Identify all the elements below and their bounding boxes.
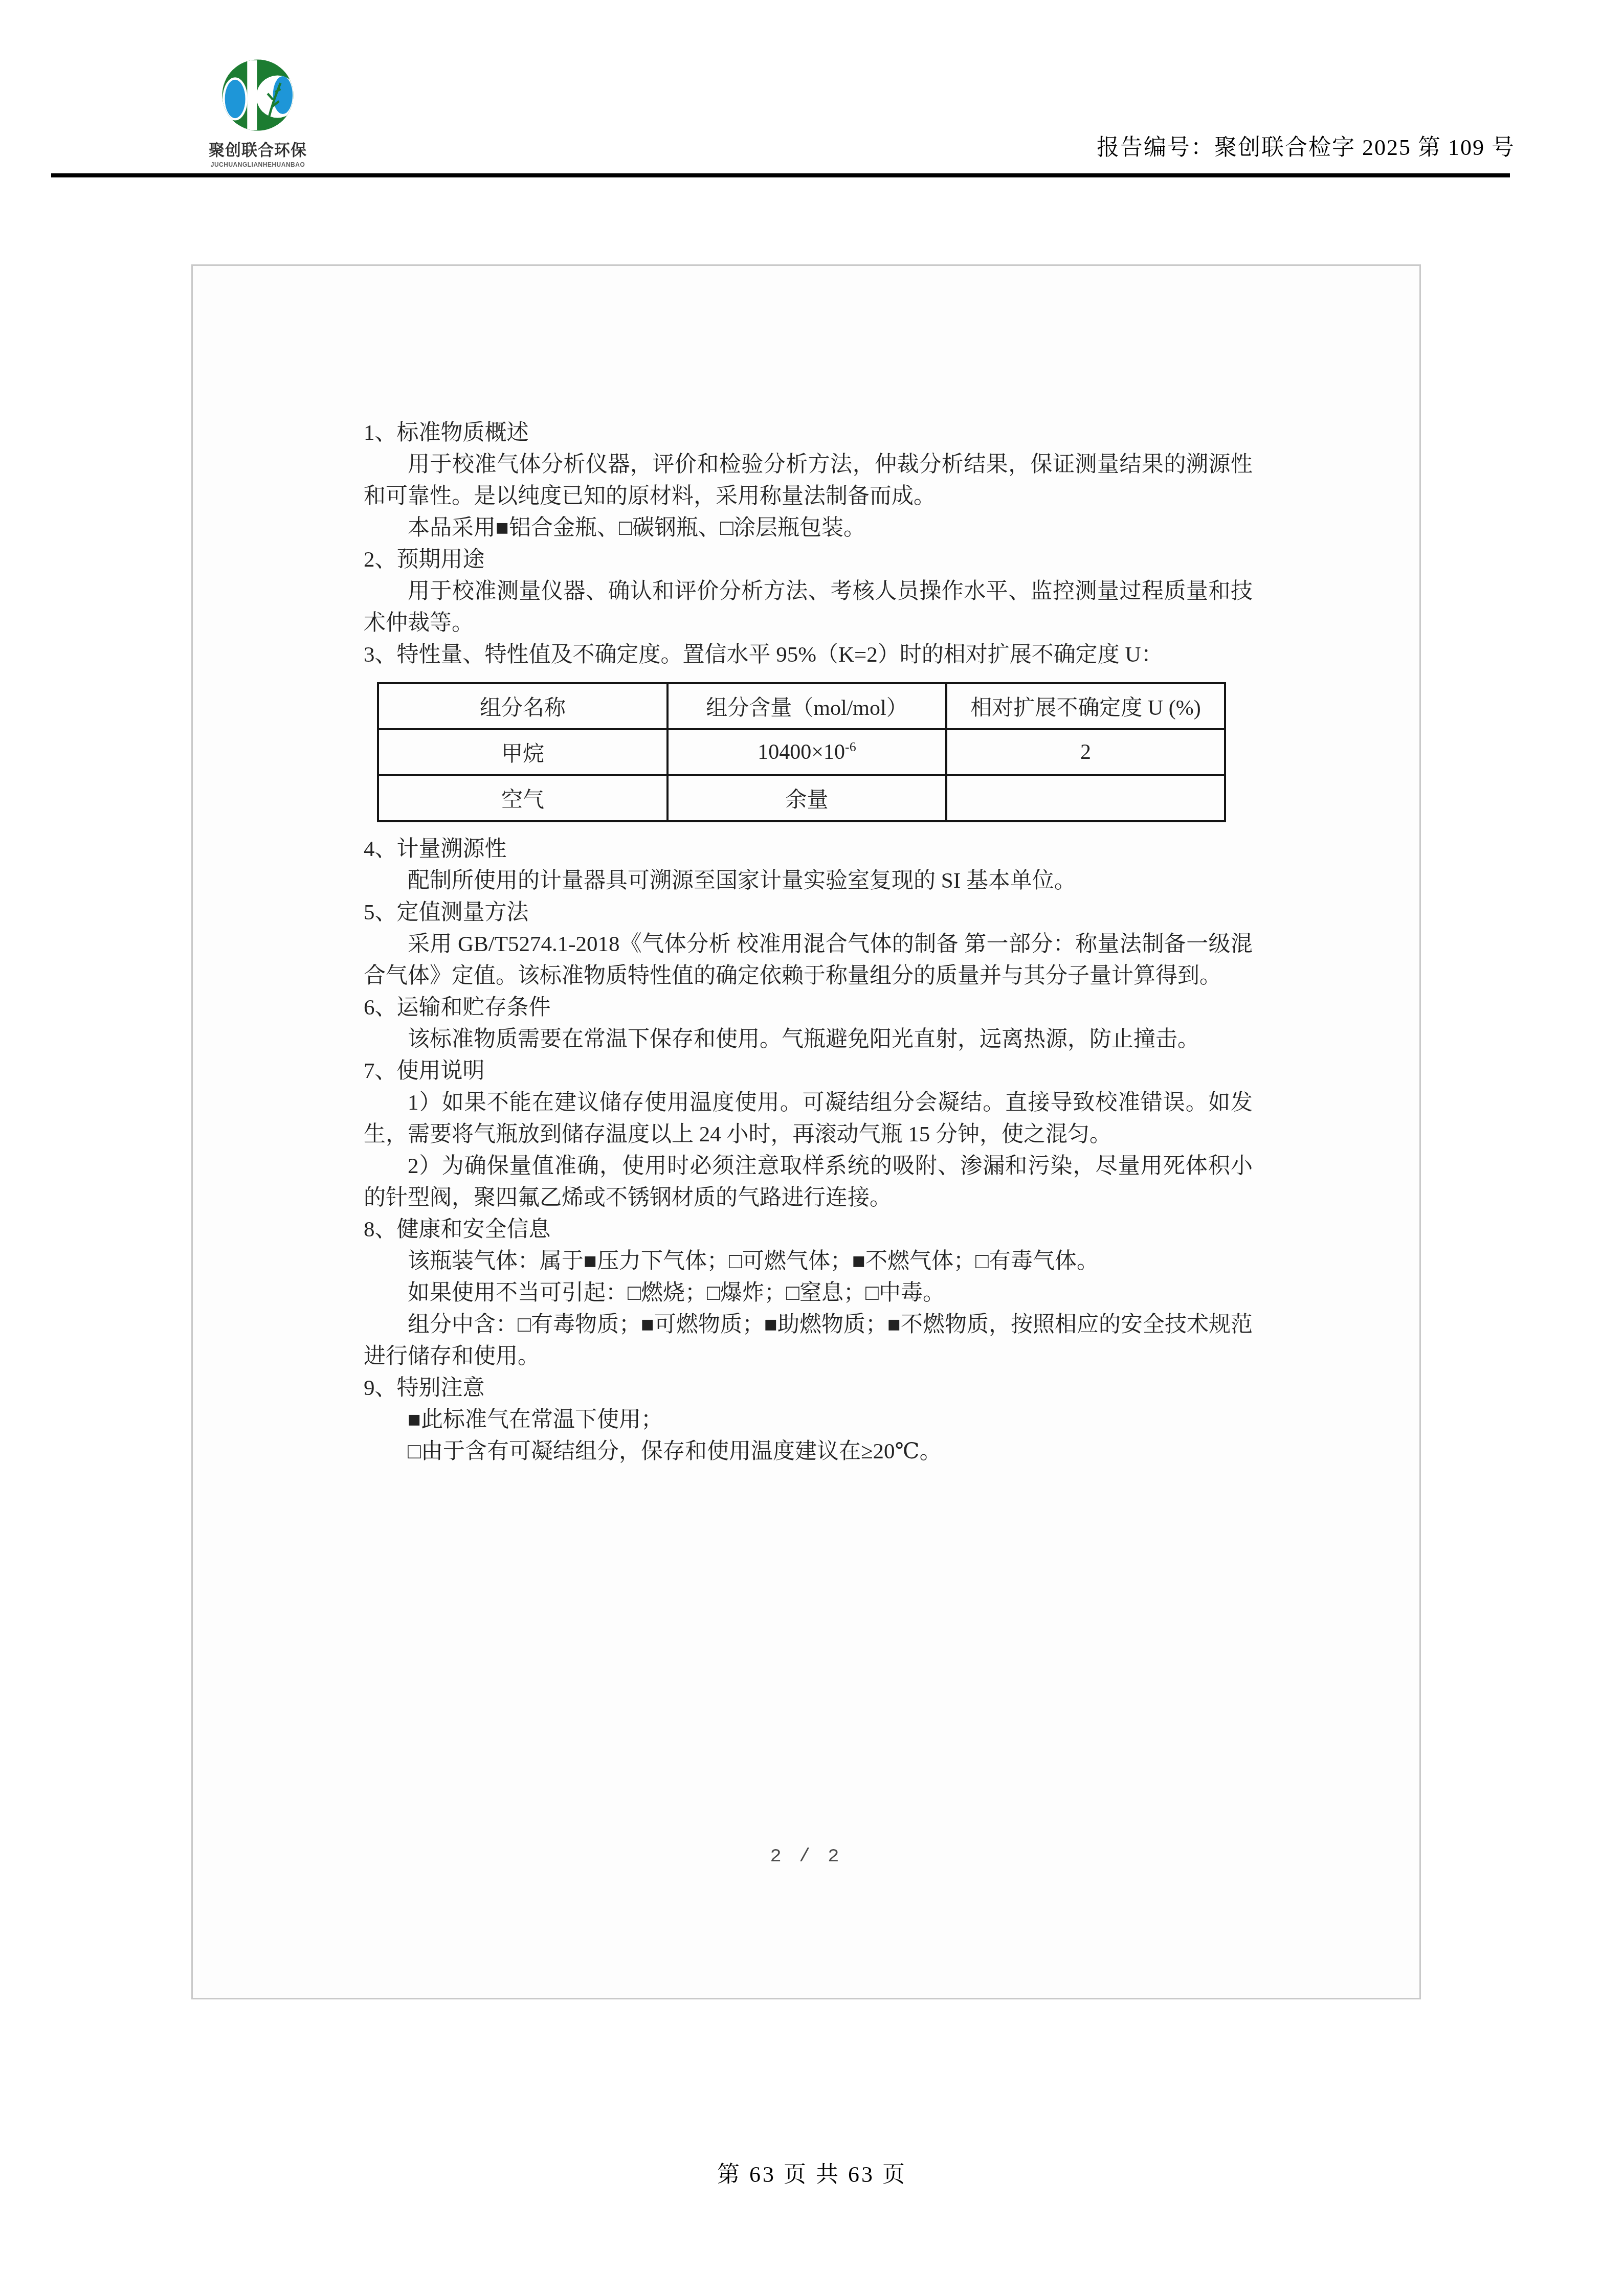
section-4-paragraph: 配制所使用的计量器具可溯源至国家计量实验室复现的 SI 基本单位。: [364, 865, 1253, 897]
cell-component-name: 甲烷: [378, 729, 668, 775]
company-logo-icon: [220, 57, 296, 133]
section-7-heading: 7、使用说明: [364, 1055, 1253, 1087]
table-row: 空气 余量: [378, 775, 1225, 821]
section-9-heading: 9、特别注意: [364, 1372, 1253, 1404]
section-9-line-2: □由于含有可凝结组分，保存和使用温度建议在≥20℃。: [364, 1436, 1253, 1468]
cell-component-content: 余量: [668, 775, 946, 821]
value-base: 余量: [785, 789, 828, 812]
cell-uncertainty: [946, 775, 1225, 821]
value-base: 10400×10: [758, 740, 845, 764]
section-5-paragraph: 采用 GB/T5274.1-2018《气体分析 校准用混合气体的制备 第一部分：…: [364, 929, 1253, 992]
section-6-paragraph: 该标准物质需要在常温下保存和使用。气瓶避免阳光直射，远离热源，防止撞击。: [364, 1024, 1253, 1055]
document-page-footer: 第 63 页 共 63 页: [0, 2156, 1624, 2189]
section-8-line-3: 组分中含：□有毒物质；■可燃物质；■助燃物质；■不燃物质，按照相应的安全技术规范…: [364, 1309, 1253, 1372]
table-header-row: 组分名称 组分含量（mol/mol） 相对扩展不确定度 U (%): [378, 683, 1225, 729]
col-header-component-content: 组分含量（mol/mol）: [668, 683, 946, 729]
cell-component-name: 空气: [378, 775, 668, 821]
col-header-uncertainty: 相对扩展不确定度 U (%): [946, 683, 1225, 729]
col-header-component-name: 组分名称: [378, 683, 668, 729]
section-3-heading: 3、特性量、特性值及不确定度。置信水平 95%（K=2）时的相对扩展不确定度 U…: [364, 639, 1253, 671]
section-8-line-1: 该瓶装气体：属于■压力下气体；□可燃气体；■不燃气体；□有毒气体。: [364, 1246, 1253, 1277]
logo-text-cn: 聚创联合环保: [204, 137, 312, 160]
section-9-line-1: ■此标准气在常温下使用；: [364, 1404, 1253, 1436]
table-row: 甲烷 10400×10-6 2: [378, 729, 1225, 775]
scanned-certificate-page: 1、标准物质概述 用于校准气体分析仪器，评价和检验分析方法，仲裁分析结果，保证测…: [191, 264, 1421, 1999]
section-1-packaging-line: 本品采用■铝合金瓶、□碳钢瓶、□涂层瓶包装。: [364, 512, 1253, 544]
value-exponent: -6: [845, 739, 856, 754]
report-page: 聚创联合环保 JUCHUANGLIANHEHUANBAO 报告编号：聚创联合检字…: [0, 0, 1624, 2296]
header-divider: [51, 173, 1510, 177]
cell-component-content: 10400×10-6: [668, 729, 946, 775]
section-7-item-1: 1）如果不能在建议储存使用温度使用。可凝结组分会凝结。直接导致校准错误。如发生，…: [364, 1087, 1253, 1151]
section-2-paragraph: 用于校准测量仪器、确认和评价分析方法、考核人员操作水平、监控测量过程质量和技术仲…: [364, 576, 1253, 639]
section-5-heading: 5、定值测量方法: [364, 897, 1253, 929]
section-6-heading: 6、运输和贮存条件: [364, 992, 1253, 1024]
section-7-item-2: 2）为确保量值准确，使用时必须注意取样系统的吸附、渗漏和污染，尽量用死体积小的针…: [364, 1151, 1253, 1214]
report-number: 报告编号：聚创联合检字 2025 第 109 号: [1097, 129, 1515, 162]
company-logo: 聚创联合环保 JUCHUANGLIANHEHUANBAO: [204, 57, 312, 168]
section-8-heading: 8、健康和安全信息: [364, 1214, 1253, 1246]
section-8-line-2: 如果使用不当可引起：□燃烧；□爆炸；□窒息；□中毒。: [364, 1277, 1253, 1309]
section-2-heading: 2、预期用途: [364, 544, 1253, 576]
cell-uncertainty: 2: [946, 729, 1225, 775]
section-1-heading: 1、标准物质概述: [364, 417, 1253, 449]
certificate-body: 1、标准物质概述 用于校准气体分析仪器，评价和检验分析方法，仲裁分析结果，保证测…: [193, 266, 1419, 1468]
section-4-heading: 4、计量溯源性: [364, 834, 1253, 865]
component-spec-table: 组分名称 组分含量（mol/mol） 相对扩展不确定度 U (%) 甲烷 104…: [377, 682, 1226, 822]
scan-page-number: 2 / 2: [193, 1846, 1419, 1867]
logo-text-en: JUCHUANGLIANHEHUANBAO: [204, 161, 312, 168]
section-1-paragraph: 用于校准气体分析仪器，评价和检验分析方法，仲裁分析结果，保证测量结果的溯源性和可…: [364, 449, 1253, 512]
